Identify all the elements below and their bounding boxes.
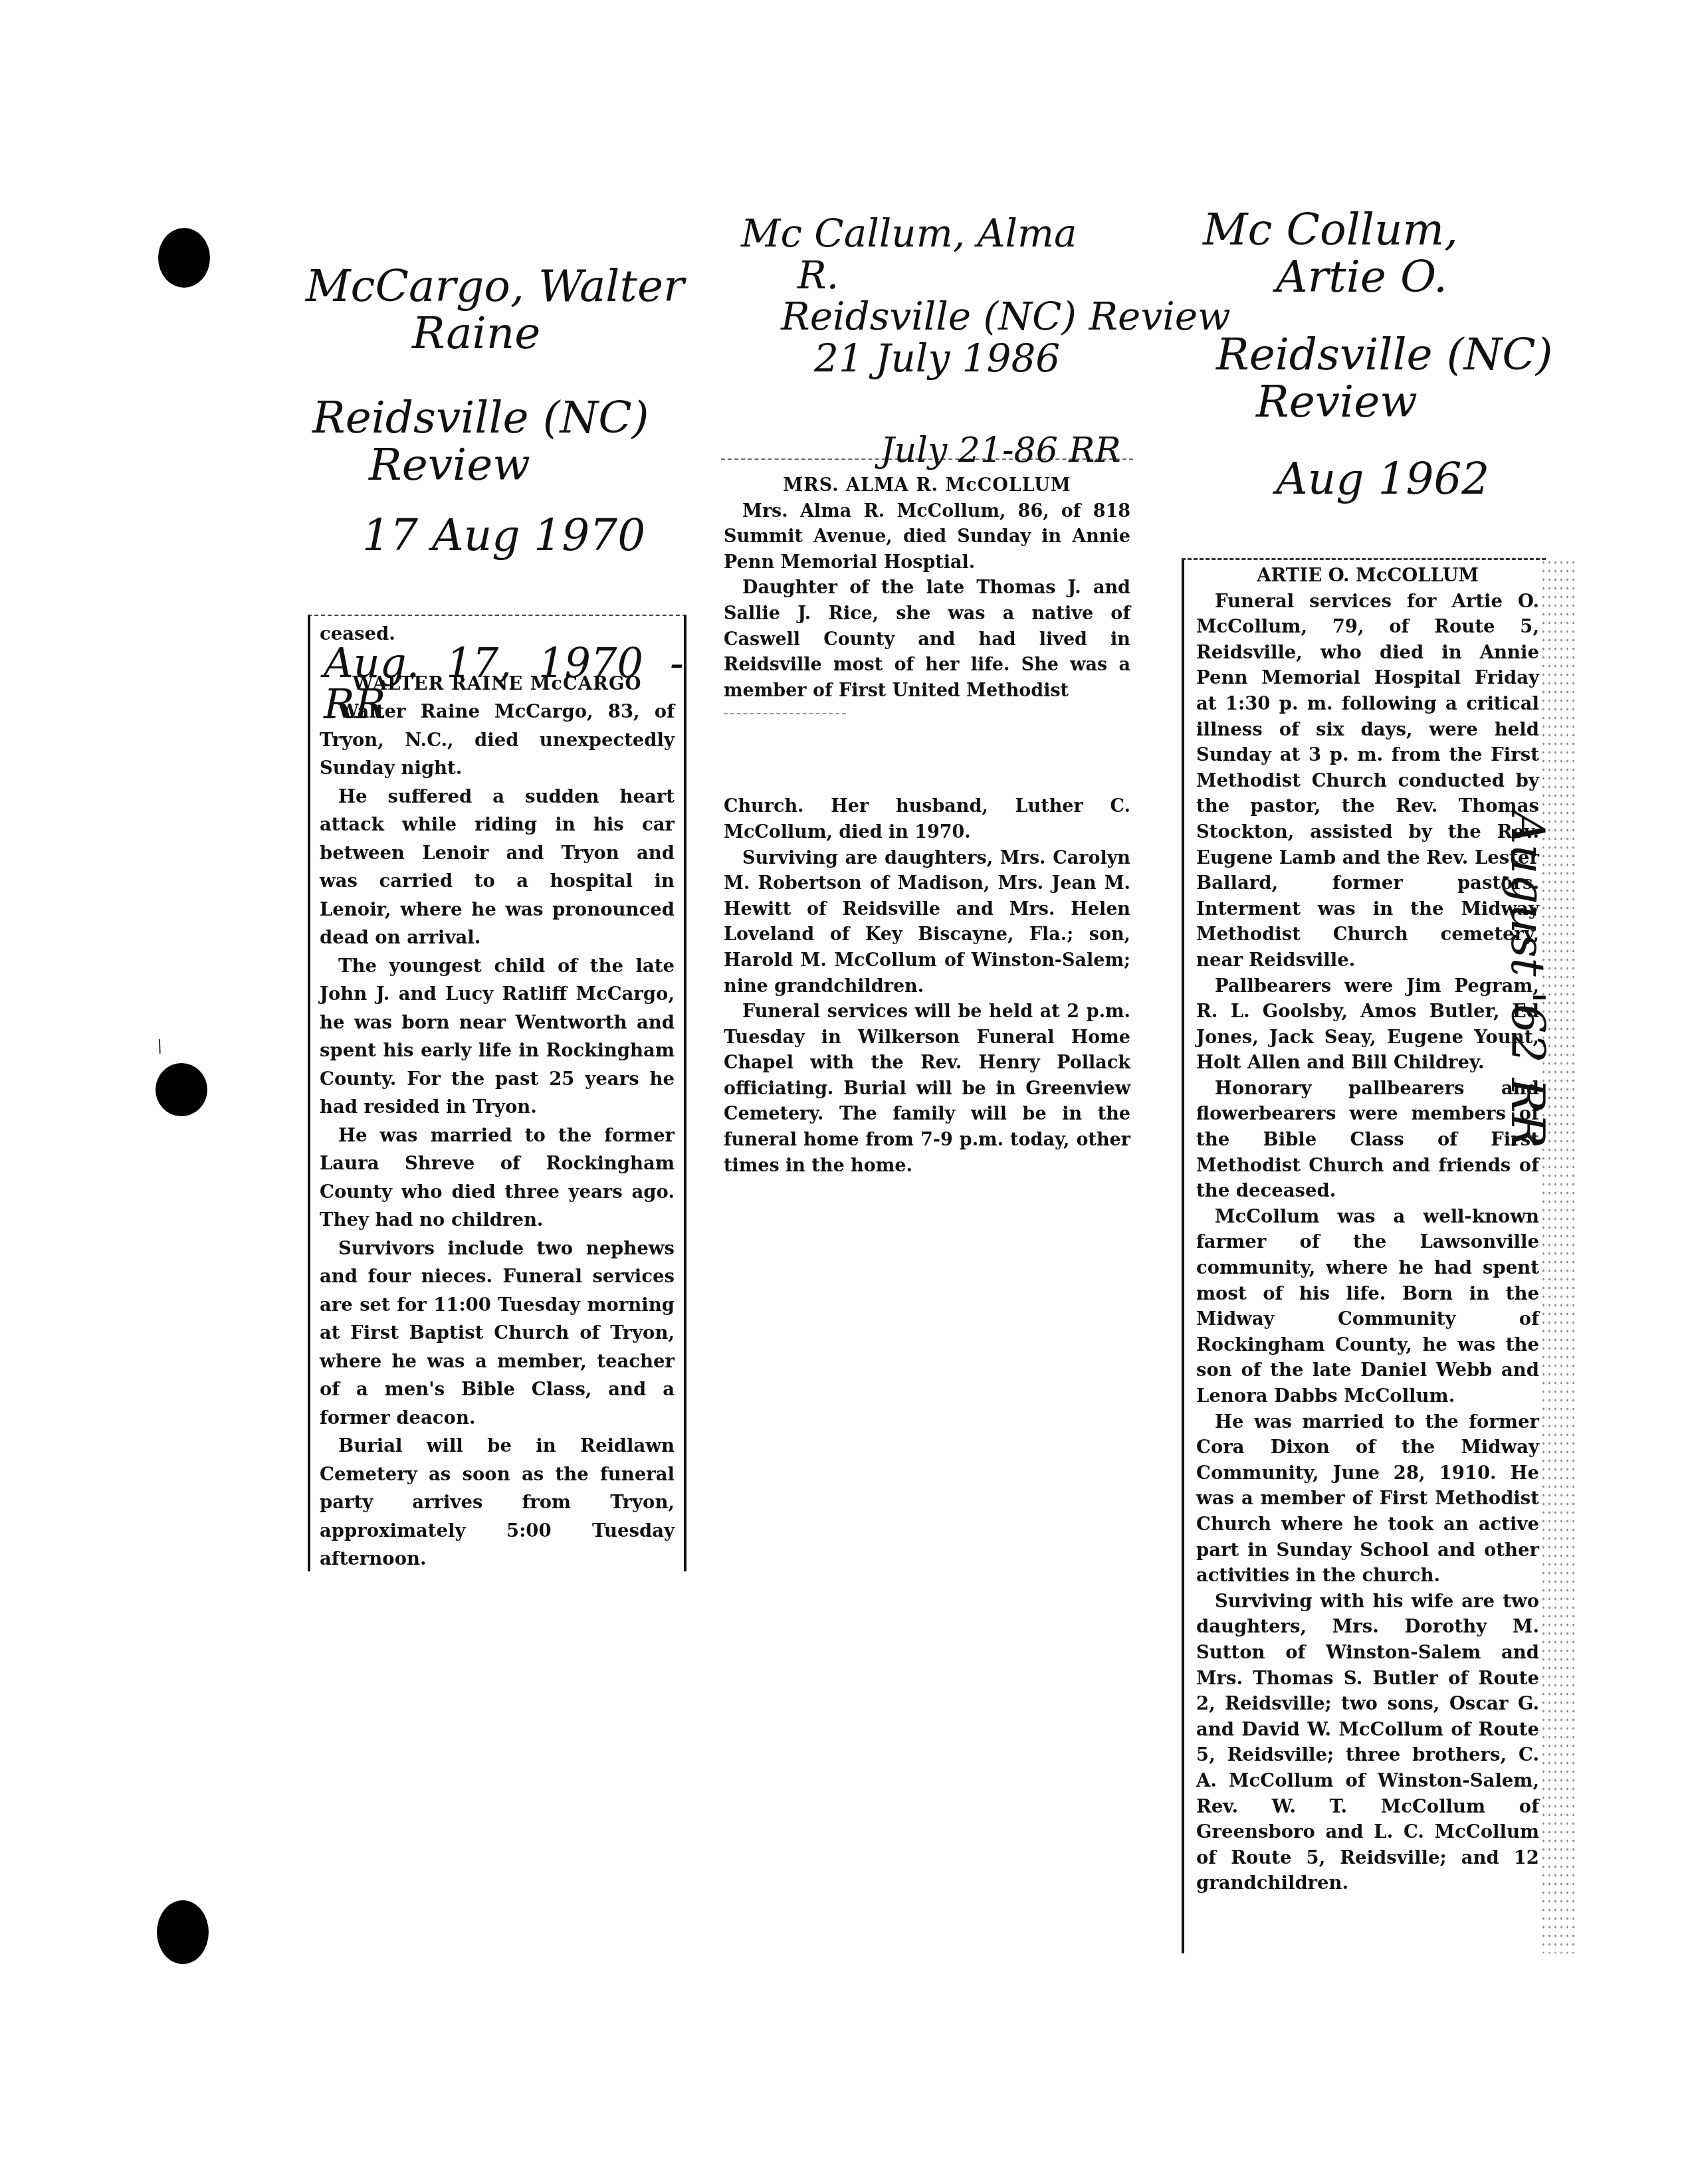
handwritten-margin-note: August '62 RR [1501, 811, 1555, 1148]
handwritten-line: Review [306, 441, 685, 488]
obituary-headline: ARTIE O. McCOLLUM [1196, 563, 1539, 589]
obituary-paragraph: He was married to the former Cora Dixon … [1196, 1409, 1539, 1589]
obituary-paragraph: The youngest child of the late John J. a… [320, 952, 675, 1122]
handwritten-line: Reidsville (NC) [1203, 331, 1552, 378]
obituary-paragraph: Surviving with his wife are two daughter… [1196, 1589, 1539, 1896]
obituary-paragraph: Burial will be in Reidlawn Cemetery as s… [320, 1432, 675, 1573]
obituary-paragraph: Daughter of the late Thomas J. and Salli… [724, 575, 1130, 704]
obituary-paragraph: Church. Her husband, Luther C. McCollum,… [724, 794, 1130, 845]
clipping-artie-mccollum: ARTIE O. McCOLLUM Funeral services for A… [1182, 558, 1546, 1953]
handwritten-label-artie-mccollum: Mc Collum, Artie O. Reidsville (NC) Revi… [1203, 206, 1552, 502]
obituary-paragraph: He was married to the former Laura Shrev… [320, 1122, 675, 1235]
handwritten-label-mccargo: McCargo, Walter Raine Reidsville (NC) Re… [306, 262, 685, 559]
obituary-paragraph: He suffered a sudden heart attack while … [320, 783, 675, 952]
handwritten-line: Reidsville (NC) [306, 394, 685, 441]
obituary-paragraph: Mrs. Alma R. McCollum, 86, of 818 Summit… [724, 499, 1130, 576]
clipping-alma-mccollum: July 21-86 RR MRS. ALMA R. McCOLLUM Mrs.… [721, 458, 1133, 1176]
obituary-paragraph: Funeral services will be held at 2 p.m. … [724, 999, 1130, 1179]
clipping-mccargo: ceased. Aug. 17, 1970 - RR WALTER RAINE … [308, 615, 686, 1571]
obituary-paragraph: Pallbearers were Jim Pegram, R. L. Gools… [1196, 973, 1539, 1076]
obituary-headline: MRS. ALMA R. McCOLLUM [724, 473, 1130, 499]
handwritten-line: 17 Aug 1970 [306, 512, 685, 559]
handwritten-line: Artie O. [1203, 253, 1552, 300]
handwritten-line: Mc Callum, Alma [741, 213, 1231, 254]
handwritten-line: Raine [306, 310, 685, 357]
handwritten-line: 21 July 1986 [741, 338, 1231, 379]
scan-noise-edge [1540, 558, 1578, 1953]
handwritten-date-stamp: July 21-86 RR [881, 433, 1121, 468]
obituary-paragraph: Honorary pallbearers and flowerbearers w… [1196, 1076, 1539, 1204]
stray-mark: / [154, 1036, 165, 1056]
obituary-paragraph: McCollum was a well-known farmer of the … [1196, 1204, 1539, 1409]
obituary-paragraph: Survivors include two nephews and four n… [320, 1235, 675, 1433]
handwritten-line: Reidsville (NC) Review [741, 296, 1231, 338]
handwritten-date-stamp: Aug. 17, 1970 - RR [324, 643, 684, 725]
handwritten-label-alma-mccollum: Mc Callum, Alma R. Reidsville (NC) Revie… [741, 213, 1231, 379]
obituary-paragraph: Funeral services for Artie O. McCollum, … [1196, 589, 1539, 973]
punch-hole-top [158, 228, 210, 288]
handwritten-line: Mc Collum, [1203, 206, 1552, 253]
clipping-splice-gap [724, 713, 846, 794]
punch-hole-middle [156, 1063, 207, 1116]
handwritten-line: Review [1203, 378, 1552, 425]
handwritten-line: McCargo, Walter [306, 262, 685, 310]
handwritten-line: R. [741, 254, 1231, 296]
obituary-paragraph: Surviving are daughters, Mrs. Carolyn M.… [724, 846, 1130, 1000]
handwritten-line: Aug 1962 [1203, 455, 1552, 502]
punch-hole-bottom [157, 1900, 209, 1964]
